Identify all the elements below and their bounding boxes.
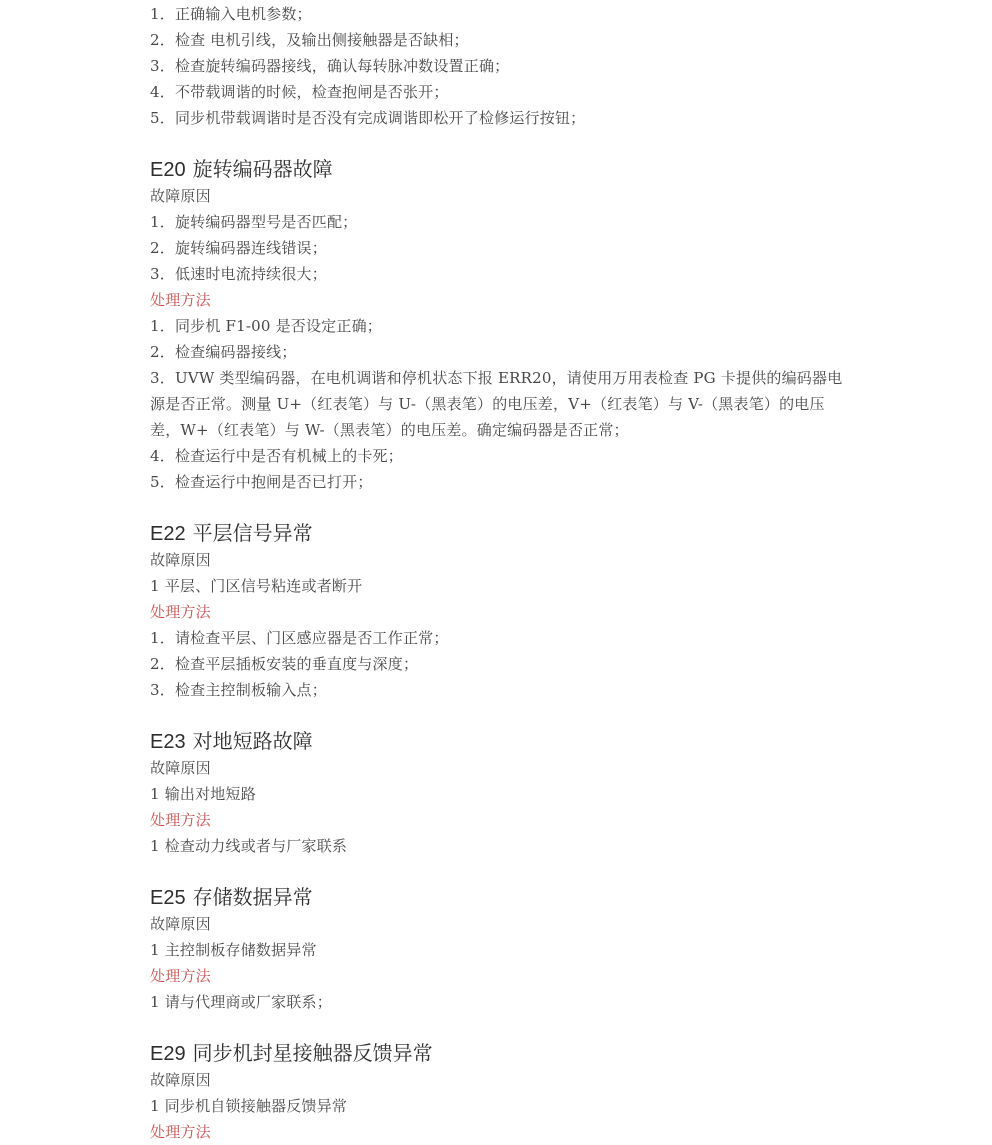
intro-item: 3．检查旋转编码器接线，确认每转脉冲数设置正确； xyxy=(150,53,850,79)
method-label: 处理方法 xyxy=(150,287,850,313)
cause-label: 故障原因 xyxy=(150,547,850,573)
section-e20: E20旋转编码器故障 故障原因 1．旋转编码器型号是否匹配； 2．旋转编码器连线… xyxy=(150,156,850,495)
method-label: 处理方法 xyxy=(150,599,850,625)
fault-title: 旋转编码器故障 xyxy=(193,157,333,181)
intro-item: 5．同步机带载调谐时是否没有完成调谐即松开了检修运行按钮； xyxy=(150,105,850,131)
fault-heading-e20: E20旋转编码器故障 xyxy=(150,156,850,183)
method-item: 5．检查运行中抱闸是否已打开； xyxy=(150,469,850,495)
cause-label: 故障原因 xyxy=(150,183,850,209)
fault-code: E23 xyxy=(150,731,186,753)
fault-heading-e25: E25存储数据异常 xyxy=(150,884,850,911)
fault-heading-e29: E29同步机封星接触器反馈异常 xyxy=(150,1040,850,1067)
fault-title: 对地短路故障 xyxy=(193,729,313,753)
cause-item: 1 平层、门区信号粘连或者断开 xyxy=(150,573,850,599)
fault-heading-e23: E23对地短路故障 xyxy=(150,728,850,755)
section-e25: E25存储数据异常 故障原因 1 主控制板存储数据异常 处理方法 1 请与代理商… xyxy=(150,884,850,1015)
cause-item: 1 主控制板存储数据异常 xyxy=(150,937,850,963)
intro-item: 2．检查 电机引线，及输出侧接触器是否缺相； xyxy=(150,27,850,53)
method-item: 1．同步机 F1-00 是否设定正确； xyxy=(150,313,850,339)
intro-item: 4．不带载调谐的时候，检查抱闸是否张开； xyxy=(150,79,850,105)
section-e23: E23对地短路故障 故障原因 1 输出对地短路 处理方法 1 检查动力线或者与厂… xyxy=(150,728,850,859)
cause-label: 故障原因 xyxy=(150,1067,850,1093)
fault-title: 平层信号异常 xyxy=(193,521,313,545)
section-e29: E29同步机封星接触器反馈异常 故障原因 1 同步机自锁接触器反馈异常 处理方法 xyxy=(150,1040,850,1145)
cause-item: 1．旋转编码器型号是否匹配； xyxy=(150,209,850,235)
document-content: 1．正确输入电机参数； 2．检查 电机引线，及输出侧接触器是否缺相； 3．检查旋… xyxy=(150,0,850,1145)
method-item: 3．检查主控制板输入点； xyxy=(150,677,850,703)
fault-title: 存储数据异常 xyxy=(193,885,313,909)
fault-code: E22 xyxy=(150,523,186,545)
method-item: 3．UVW 类型编码器，在电机调谐和停机状态下报 ERR20，请使用万用表检查 … xyxy=(150,365,850,443)
intro-item: 1．正确输入电机参数； xyxy=(150,1,850,27)
method-label: 处理方法 xyxy=(150,1119,850,1145)
intro-list: 1．正确输入电机参数； 2．检查 电机引线，及输出侧接触器是否缺相； 3．检查旋… xyxy=(150,1,850,131)
method-label: 处理方法 xyxy=(150,963,850,989)
fault-heading-e22: E22平层信号异常 xyxy=(150,520,850,547)
method-item: 1 请与代理商或厂家联系； xyxy=(150,989,850,1015)
method-item: 1．请检查平层、门区感应器是否工作正常； xyxy=(150,625,850,651)
cause-label: 故障原因 xyxy=(150,911,850,937)
cause-item: 1 同步机自锁接触器反馈异常 xyxy=(150,1093,850,1119)
fault-code: E20 xyxy=(150,159,186,181)
fault-title: 同步机封星接触器反馈异常 xyxy=(193,1041,433,1065)
section-e22: E22平层信号异常 故障原因 1 平层、门区信号粘连或者断开 处理方法 1．请检… xyxy=(150,520,850,703)
method-item: 1 检查动力线或者与厂家联系 xyxy=(150,833,850,859)
method-item: 4．检查运行中是否有机械上的卡死； xyxy=(150,443,850,469)
cause-label: 故障原因 xyxy=(150,755,850,781)
document-page: 1．正确输入电机参数； 2．检查 电机引线，及输出侧接触器是否缺相； 3．检查旋… xyxy=(0,0,992,1145)
cause-item: 3．低速时电流持续很大； xyxy=(150,261,850,287)
fault-code: E25 xyxy=(150,887,186,909)
cause-item: 2．旋转编码器连线错误； xyxy=(150,235,850,261)
method-item: 2．检查编码器接线； xyxy=(150,339,850,365)
fault-code: E29 xyxy=(150,1043,186,1065)
cause-item: 1 输出对地短路 xyxy=(150,781,850,807)
method-item: 2．检查平层插板安装的垂直度与深度； xyxy=(150,651,850,677)
method-label: 处理方法 xyxy=(150,807,850,833)
